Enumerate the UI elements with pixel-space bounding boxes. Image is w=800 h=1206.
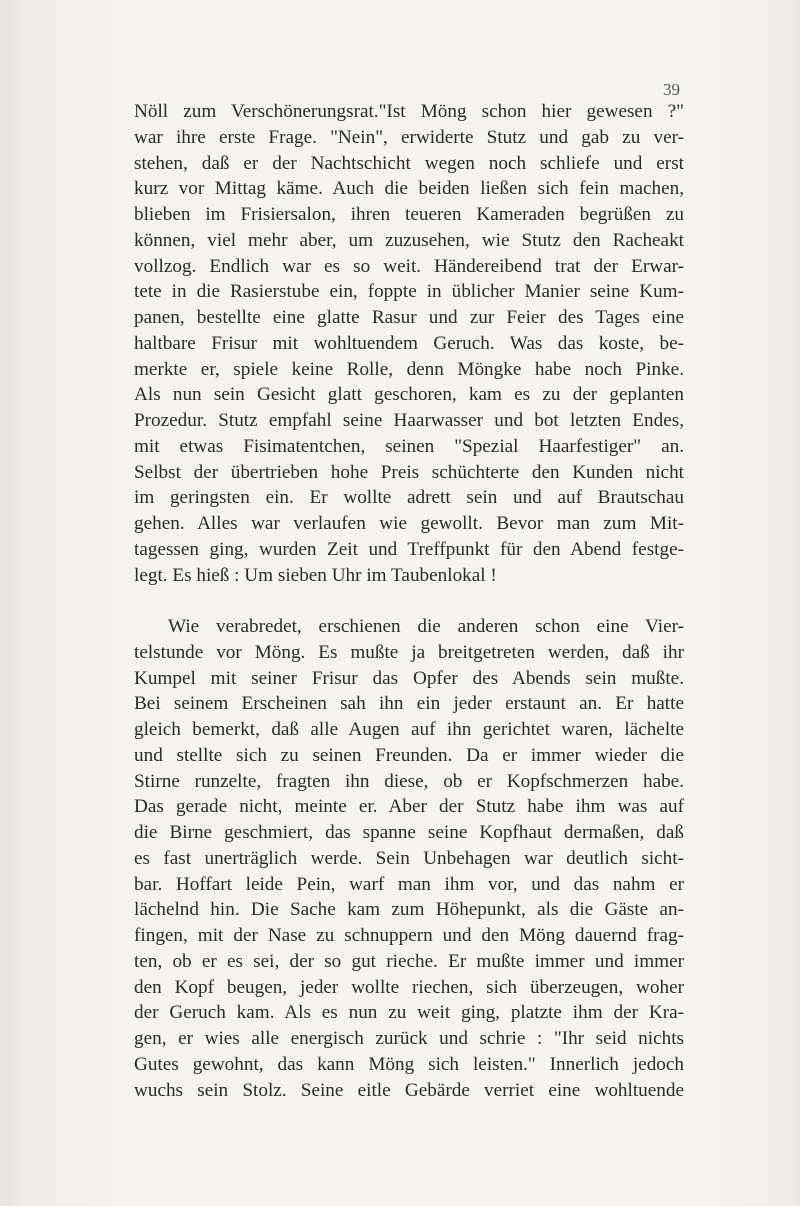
text-line: telstunde vor Möng. Es mußte ja breitget… — [134, 640, 684, 666]
text-line: bar. Hoffart leide Pein, warf man ihm vo… — [134, 872, 684, 898]
page-number: 39 — [663, 80, 680, 100]
text-line: Stirne runzelte, fragten ihn diese, ob e… — [134, 769, 684, 795]
text-line: den Kopf beugen, jeder wollte riechen, s… — [134, 975, 684, 1001]
text-line: Wie verabredet, erschienen die anderen s… — [134, 614, 684, 640]
text-line: kurz vor Mittag käme. Auch die beiden li… — [134, 176, 684, 202]
text-line: ten, ob er es sei, der so gut rieche. Er… — [134, 949, 684, 975]
text-line: Bei seinem Erscheinen sah ihn ein jeder … — [134, 691, 684, 717]
text-line: haltbare Frisur mit wohltuendem Geruch. … — [134, 331, 684, 357]
text-line: es fast unerträglich werde. Sein Unbehag… — [134, 846, 684, 872]
text-line: vollzog. Endlich war es so weit. Händere… — [134, 254, 684, 280]
body-text: Nöll zum Verschönerungsrat."Ist Möng sch… — [134, 99, 684, 1103]
text-line: Als nun sein Gesicht glatt geschoren, ka… — [134, 382, 684, 408]
text-line: legt. Es hieß : Um sieben Uhr im Taubenl… — [134, 563, 684, 589]
paragraph-2: Wie verabredet, erschienen die anderen s… — [134, 614, 684, 1103]
text-line: stehen, daß er der Nachtschicht wegen no… — [134, 151, 684, 177]
text-line: mit etwas Fisimatentchen, seinen "Spezia… — [134, 434, 684, 460]
text-line: im geringsten ein. Er wollte adrett sein… — [134, 485, 684, 511]
text-line: lächelnd hin. Die Sache kam zum Höhepunk… — [134, 897, 684, 923]
text-line: Prozedur. Stutz empfahl seine Haarwasser… — [134, 408, 684, 434]
text-line: Kumpel mit seiner Frisur das Opfer des A… — [134, 666, 684, 692]
paragraph-1: Nöll zum Verschönerungsrat."Ist Möng sch… — [134, 99, 684, 588]
text-line: fingen, mit der Nase zu schnuppern und d… — [134, 923, 684, 949]
text-line: Gutes gewohnt, das kann Möng sich leiste… — [134, 1052, 684, 1078]
text-line: tagessen ging, wurden Zeit und Treffpunk… — [134, 537, 684, 563]
text-line: tete in die Rasierstube ein, foppte in ü… — [134, 279, 684, 305]
text-line: gehen. Alles war verlaufen wie gewollt. … — [134, 511, 684, 537]
text-line: die Birne geschmiert, das spanne seine K… — [134, 820, 684, 846]
text-line: merkte er, spiele keine Rolle, denn Möng… — [134, 357, 684, 383]
text-line: war ihre erste Frage. "Nein", erwiderte … — [134, 125, 684, 151]
text-line: panen, bestellte eine glatte Rasur und z… — [134, 305, 684, 331]
text-line: können, viel mehr aber, um zuzusehen, wi… — [134, 228, 684, 254]
text-line: Selbst der übertrieben hohe Preis schüch… — [134, 460, 684, 486]
text-line: Das gerade nicht, meinte er. Aber der St… — [134, 794, 684, 820]
text-line: gen, er wies alle energisch zurück und s… — [134, 1026, 684, 1052]
text-line: blieben im Frisiersalon, ihren teueren K… — [134, 202, 684, 228]
paragraph-gap — [134, 588, 684, 614]
text-line: gleich bemerkt, daß alle Augen auf ihn g… — [134, 717, 684, 743]
text-line: Nöll zum Verschönerungsrat."Ist Möng sch… — [134, 99, 684, 125]
book-page: 39 Nöll zum Verschönerungsrat."Ist Möng … — [0, 0, 800, 1206]
text-line: und stellte sich zu seinen Freunden. Da … — [134, 743, 684, 769]
text-line: wuchs sein Stolz. Seine eitle Gebärde ve… — [134, 1078, 684, 1104]
text-line: der Geruch kam. Als es nun zu weit ging,… — [134, 1000, 684, 1026]
